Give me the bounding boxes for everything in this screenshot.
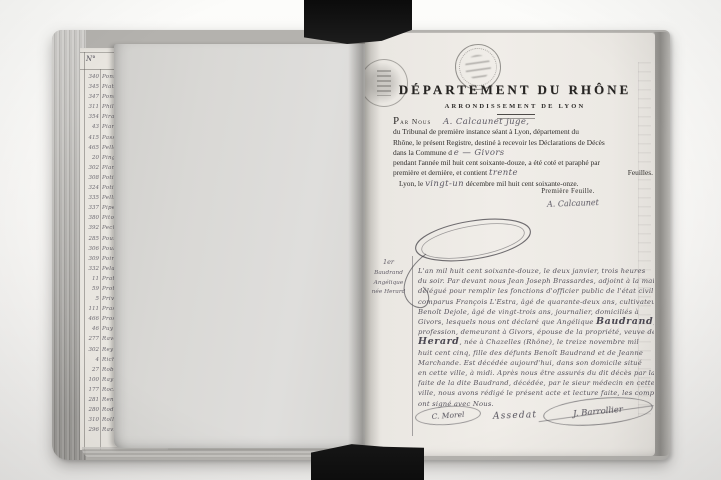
act-line: Herard, née à Chazelles (Rhône), le trei… <box>418 337 654 347</box>
act-line-text: du soir. Par devant nous Jean Joseph Bra… <box>418 277 654 285</box>
act-line: comparus François L'Estra, âgé de quaran… <box>418 297 654 307</box>
index-entry-number: 380 <box>85 215 99 221</box>
index-entry-number: 354 <box>85 114 99 120</box>
index-entry-number: 392 <box>85 225 99 231</box>
index-entry-number: 281 <box>85 397 99 403</box>
act-line: Benoît Dejole, âgé de vingt-trois ans, j… <box>418 307 654 317</box>
act-line-text: en cette ville, à midi. Après nous être … <box>418 369 654 377</box>
premiere-feuille-label: Première Feuille. <box>523 188 613 195</box>
blank-overlay-page <box>114 44 366 448</box>
preamble-line: dans la Commune d e — Givors <box>393 148 655 158</box>
index-entry-number: 302 <box>85 165 99 171</box>
date-day-handwritten: vingt-un <box>425 179 464 189</box>
act-line: délégué pour remplir les fonctions d'off… <box>418 286 654 296</box>
index-number-column-header: N° <box>86 55 96 63</box>
index-entry-number: 335 <box>85 195 99 201</box>
act-line-text: comparus François L'Estra, âgé de quaran… <box>418 298 654 306</box>
printed-preamble: Par Nous A. Calcaunet juge, du Tribunal … <box>393 116 655 189</box>
act-margin-note: 1er Baudrand Angélique née Herard <box>367 258 410 298</box>
index-entry-number: 27 <box>85 367 99 373</box>
index-entry-number: 309 <box>85 256 99 262</box>
index-entry-number: 285 <box>85 236 99 242</box>
index-entry-number: 302 <box>85 347 99 353</box>
index-entry-number: 100 <box>85 377 99 383</box>
index-entry-number: 347 <box>85 94 99 100</box>
feuille-count-handwritten: trente <box>489 168 518 178</box>
index-entry-number: 332 <box>85 266 99 272</box>
date-rest-printed: décembre mil huit cent soixante-onze. <box>466 179 579 188</box>
index-entry-number: 111 <box>85 306 99 312</box>
judge-signature: A. Calcaunet <box>547 198 599 209</box>
preamble-line: première et dernière, et contient trente… <box>393 168 655 178</box>
witness-signature-center: Assedat <box>493 410 538 422</box>
index-entry-number: 324 <box>85 185 99 191</box>
index-entry-number: 345 <box>85 84 99 90</box>
index-entry-number: 280 <box>85 407 99 413</box>
act-line-text: , sans <box>653 318 654 326</box>
page-title: DÉPARTEMENT DU RHÔNE <box>375 82 655 98</box>
death-act-body: L'an mil huit cent soixante-douze, le de… <box>418 266 654 409</box>
margin-name-line: Angélique <box>367 279 410 289</box>
act-line-text: L'an mil huit cent soixante-douze, le de… <box>418 267 645 275</box>
register-title-page: DÉPARTEMENT DU RHÔNE ARRONDISSEMENT DE L… <box>365 32 655 456</box>
index-entry-number: 306 <box>85 246 99 252</box>
act-line: du soir. Par devant nous Jean Joseph Bra… <box>418 276 654 286</box>
index-entry-number: 415 <box>85 135 99 141</box>
act-highlighted-name: Herard <box>418 337 459 347</box>
index-entry-number: 5 <box>85 296 99 302</box>
margin-name-lines: Baudrand Angélique née Herard <box>367 269 410 298</box>
act-line: Givors, lesquels nous ont déclaré que An… <box>418 317 654 327</box>
act-line: en cette ville, à midi. Après nous être … <box>418 368 654 378</box>
index-entry-number: 46 <box>85 326 99 332</box>
index-entry-number: 296 <box>85 427 99 433</box>
commune-printed: dans la Commune d <box>393 148 452 157</box>
act-line-text: , née à Chazelles (Rhône), le treize nov… <box>459 338 638 346</box>
margin-name-line: Baudrand <box>367 269 410 279</box>
index-entry-number: 177 <box>85 387 99 393</box>
margin-rule <box>412 256 413 436</box>
act-line: Marchande. Est décédée aujourd'hui, dans… <box>418 358 654 368</box>
index-entry-number: 277 <box>85 336 99 342</box>
index-entry-number: 466 <box>85 316 99 322</box>
index-entry-number: 308 <box>85 175 99 181</box>
page-subtitle: ARRONDISSEMENT DE LYON <box>375 103 655 110</box>
par-nous-label: Par Nous <box>393 116 431 127</box>
act-line: profession, demeurant à Givors, épouse d… <box>418 327 654 337</box>
act-line-text: huit cent cinq, fille des défunts Benoît… <box>418 349 643 357</box>
index-entry-number: 20 <box>85 155 99 161</box>
ink-bleedthrough-strip <box>638 62 651 416</box>
index-entry-number: 311 <box>85 104 99 110</box>
act-line-text: profession, demeurant à Givors, épouse d… <box>418 328 654 336</box>
act-line: huit cent cinq, fille des défunts Benoît… <box>418 348 654 358</box>
preamble-line: pendant l'année mil huit cent soixante-d… <box>393 158 655 168</box>
preamble-line: Par Nous A. Calcaunet juge, <box>393 116 655 127</box>
lyon-le-printed: Lyon, le <box>399 179 423 188</box>
index-entry-number: 337 <box>85 205 99 211</box>
preamble-line: du Tribunal de première instance séant à… <box>393 127 655 137</box>
act-line: faite de la dite Baudrand, décédée, par … <box>418 378 654 388</box>
act-line-text: Benoît Dejole, âgé de vingt-trois ans, j… <box>418 308 639 316</box>
index-entry-number: 59 <box>85 286 99 292</box>
register-book: N° 340 Pons 345 Piat 347 Pont <box>52 30 670 460</box>
commune-handwritten: e — Givors <box>454 148 505 158</box>
act-line-text: Givors, lesquels nous ont déclaré que An… <box>418 318 596 326</box>
judge-name-handwritten: A. Calcaunet juge, <box>443 117 529 127</box>
index-entry-number: 43 <box>85 124 99 130</box>
margin-name-line: née Herard <box>367 288 410 298</box>
index-entry-number: 310 <box>85 417 99 423</box>
index-entry-number: 11 <box>85 276 99 282</box>
index-entry-number: 465 <box>85 145 99 151</box>
index-entry-number: 340 <box>85 74 99 80</box>
act-line-text: délégué pour remplir les fonctions d'off… <box>418 287 654 295</box>
index-entry-number: 4 <box>85 357 99 363</box>
act-line: L'an mil huit cent soixante-douze, le de… <box>418 266 654 276</box>
preamble-line: Rhône, le présent Registre, destiné à re… <box>393 138 655 148</box>
act-number: 1er <box>367 258 410 266</box>
act-line-text: faite de la dite Baudrand, décédée, par … <box>418 379 654 387</box>
contient-printed: première et dernière, et contient <box>393 168 487 177</box>
act-line-text: Marchande. Est décédée aujourd'hui, dans… <box>418 359 642 367</box>
